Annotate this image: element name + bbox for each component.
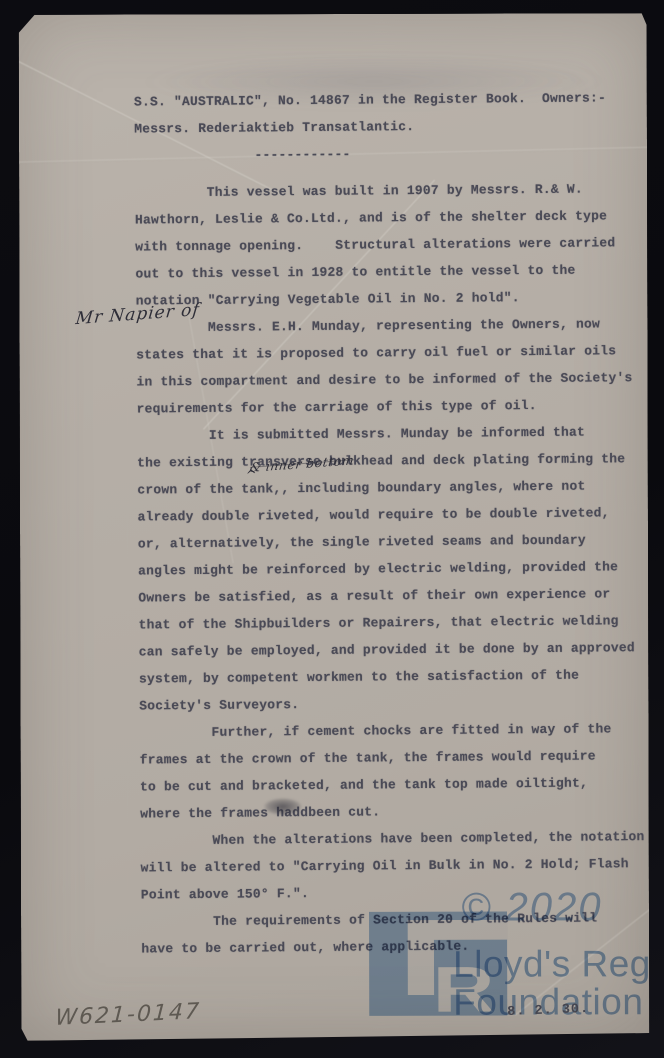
document-page: S.S. "AUSTRALIC", No. 14867 in the Regis…: [19, 13, 650, 1041]
typed-line: system, by competent workmen to the sati…: [139, 661, 649, 693]
svg-text:R: R: [433, 954, 495, 1016]
typed-line: have to be carried out, where applicable…: [141, 931, 649, 963]
typed-line: ------------: [134, 138, 649, 170]
archive-reference-number: W621-0147: [55, 999, 202, 1031]
typed-line: The requirements of Section 20 of the Ru…: [141, 904, 649, 936]
document-date: 8. 2. 30.: [507, 1002, 589, 1020]
typed-line: S.S. "AUSTRALIC", No. 14867 in the Regis…: [134, 84, 649, 116]
typed-line: in this compartment and desire to be inf…: [136, 364, 649, 396]
typed-lines: S.S. "AUSTRALIC", No. 14867 in the Regis…: [134, 84, 649, 963]
typed-line: out to this vessel in 1928 to entitle th…: [135, 256, 649, 288]
typed-line: will be altered to "Carrying Oil in Bulk…: [141, 850, 650, 882]
typed-line: to be cut and bracketed, and the tank to…: [140, 769, 650, 801]
ink-blot: [264, 798, 302, 815]
